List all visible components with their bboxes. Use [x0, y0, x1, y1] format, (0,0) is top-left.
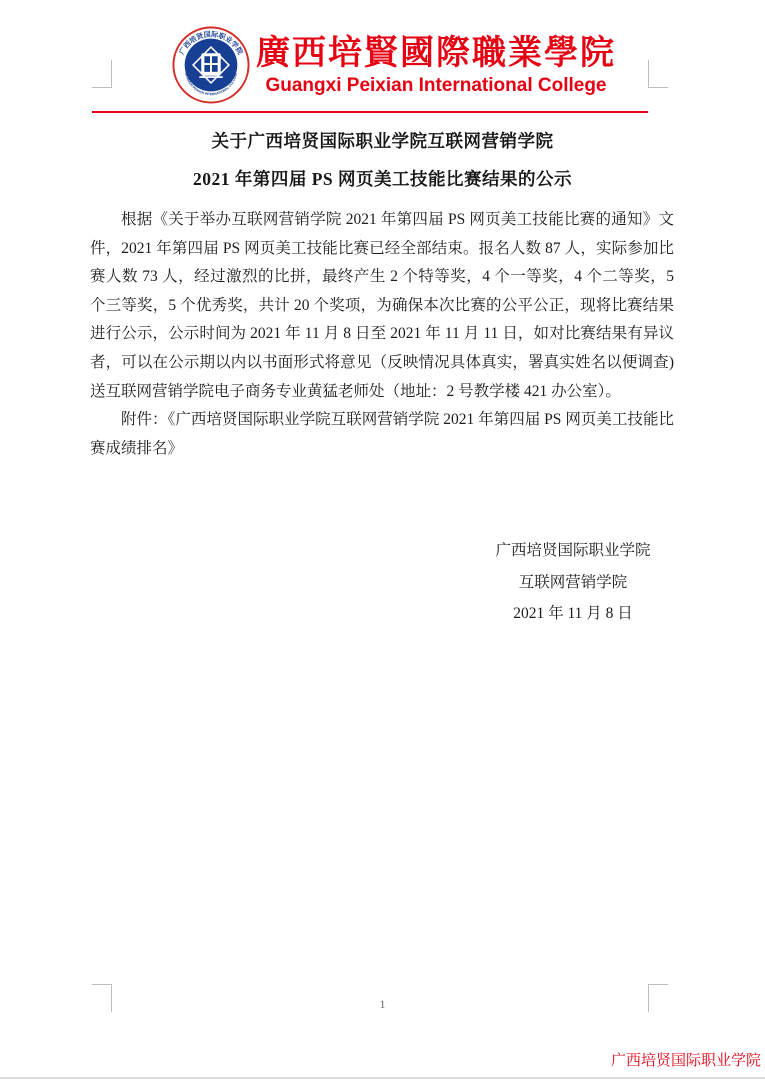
- signature-school: 互联网营销学院: [413, 567, 733, 599]
- crop-mark-top-left: [92, 60, 112, 88]
- letterhead-rule: [92, 111, 648, 113]
- document-body: 根据《关于举办互联网营销学院 2021 年第四届 PS 网页美工技能比赛的通知》…: [90, 206, 674, 463]
- college-emblem-icon: 广西培贤国际职业学院 GUANGXI PEIXIAN INTERNATIONAL…: [172, 26, 250, 104]
- letterhead: 广西培贤国际职业学院 GUANGXI PEIXIAN INTERNATIONAL…: [172, 26, 616, 104]
- site-watermark: 广西培贤国际职业学院: [611, 1049, 761, 1070]
- signature-block: 广西培贤国际职业学院 互联网营销学院 2021 年 11 月 8 日: [413, 535, 733, 630]
- signature-date: 2021 年 11 月 8 日: [413, 598, 733, 630]
- footer-divider: [0, 1077, 765, 1079]
- signature-org: 广西培贤国际职业学院: [413, 535, 733, 567]
- document-title-line1: 关于广西培贤国际职业学院互联网营销学院: [0, 128, 765, 153]
- body-paragraph-attachment: 附件：《广西培贤国际职业学院互联网营销学院 2021 年第四届 PS 网页美工技…: [90, 406, 674, 463]
- document-title-line2: 2021 年第四届 PS 网页美工技能比赛结果的公示: [0, 166, 765, 191]
- brand-english-name: Guangxi Peixian International College: [256, 75, 616, 97]
- brand-block: 廣西培賢國際職業學院 Guangxi Peixian International…: [256, 34, 616, 97]
- brand-chinese-name: 廣西培賢國際職業學院: [256, 34, 616, 74]
- crop-mark-top-right: [648, 60, 668, 88]
- body-paragraph-1: 根据《关于举办互联网营销学院 2021 年第四届 PS 网页美工技能比赛的通知》…: [90, 206, 674, 406]
- emblem-building-icon: [201, 53, 221, 75]
- page-number: 1: [0, 997, 765, 1012]
- document-page: 广西培贤国际职业学院 GUANGXI PEIXIAN INTERNATIONAL…: [0, 0, 765, 1080]
